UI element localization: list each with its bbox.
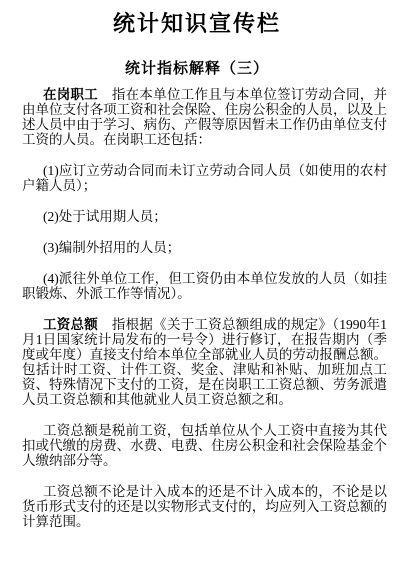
paragraph-item-4: (4)派往外单位工作，但工资仍由本单位发放的人员（如挂职锻炼、外派工作等情况）。 xyxy=(22,271,387,301)
term-total-wages: 工资总额 xyxy=(43,317,98,332)
paragraph-text: (2)处于试用期人员； xyxy=(43,209,167,224)
paragraph-item-2: (2)处于试用期人员； xyxy=(22,209,387,224)
paragraph-text: (4)派往外单位工作，但工资仍由本单位发放的人员（如挂职锻炼、外派工作等情况）。 xyxy=(22,271,387,301)
document-body: 在岗职工 指在本单位工作且与本单位签订劳动合同，并由单位支付各项工资和社会保险、… xyxy=(0,87,394,529)
paragraph-calculation-scope: 工资总额不论是计入成本的还是不计入成本的，不论是以货币形式支付的还是以实物形式支… xyxy=(22,484,387,529)
paragraph-pretax-wages: 工资总额是税前工资，包括单位从个人工资中直接为其代扣或代缴的房费、水费、电费、住… xyxy=(22,423,387,468)
page-title: 统计知识宣传栏 xyxy=(0,0,394,37)
paragraph-item-3: (3)编制外招用的人员； xyxy=(22,240,387,255)
paragraph-ongoing-workers-definition: 在岗职工 指在本单位工作且与本单位签订劳动合同，并由单位支付各项工资和社会保险、… xyxy=(22,87,387,147)
paragraph-text: 工资总额是税前工资，包括单位从个人工资中直接为其代扣或代缴的房费、水费、电费、住… xyxy=(22,423,387,468)
paragraph-total-wages-definition: 工资总额 指根据《关于工资总额组成的规定》（1990年1月1日国家统计局发布的一… xyxy=(22,317,387,407)
section-subtitle: 统计指标解释（三） xyxy=(0,60,394,78)
paragraph-text: (1)应订立劳动合同而未订立劳动合同人员（如使用的农村户籍人员）； xyxy=(22,163,387,193)
term-ongoing-workers: 在岗职工 xyxy=(43,87,98,102)
paragraph-text: 工资总额不论是计入成本的还是不计入成本的，不论是以货币形式支付的还是以实物形式支… xyxy=(22,484,387,529)
document-page: 统计知识宣传栏 统计指标解释（三） 在岗职工 指在本单位工作且与本单位签订劳动合… xyxy=(0,0,394,581)
paragraph-text: (3)编制外招用的人员； xyxy=(43,240,180,255)
paragraph-item-1: (1)应订立劳动合同而未订立劳动合同人员（如使用的农村户籍人员）； xyxy=(22,163,387,193)
